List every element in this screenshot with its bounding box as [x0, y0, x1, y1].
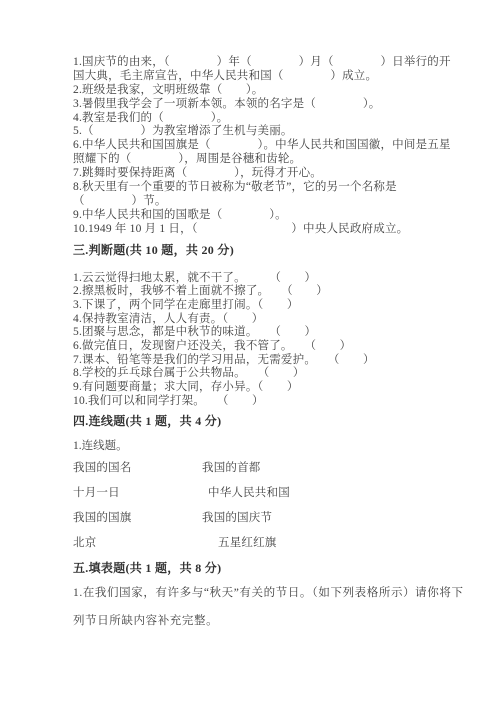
matching-left-item: 北京 — [73, 536, 202, 550]
judge-item: 4.保持教室清洁，人人有责。（ ） — [73, 313, 445, 327]
fill-question-line: 2.班级是我家，文明班级靠（ ）。 — [73, 84, 445, 98]
judge-item: 5.团聚与思念，都是中秋节的味道。 （ ） — [73, 326, 445, 340]
fill-table-section: 1.在我们国家，有许多与“秋天”有关的节日。（如下列表格所示）请你将下 列节日所… — [73, 586, 445, 628]
fill-question-line: 8.秋天里有一个重要的节日被称为“敬老节”，它的另一个名称是 — [73, 181, 445, 195]
fill-question-line: 6.中华人民共和国国旗是（ ）。中华人民共和国国徽，中间是五星 — [73, 139, 445, 153]
matching-left-item: 十月一日 — [73, 486, 202, 500]
judge-item: 10.我们可以和同学打架。 （ ） — [73, 395, 445, 409]
matching-section: 我国的国名 我国的首都 十月一日 中华人民共和国 我国的国旗 我国的国庆节 北京… — [73, 461, 445, 550]
judge-item: 2.擦黑板时，我够不着上面就不擦了。 （ ） — [73, 285, 445, 299]
fill-question-line: 3.暑假里我学会了一项新本领。本领的名字是（ ）。 — [73, 98, 445, 112]
judge-item: 6.做完值日，发现窗户还没关，我不管了。 （ ） — [73, 340, 445, 354]
fill-question-line: 5.（ ）为教室增添了生机与美丽。 — [73, 125, 445, 139]
matching-row: 我国的国名 我国的首都 — [73, 461, 445, 475]
fill-table-paragraph-line: 列节日所缺内容补充完整。 — [73, 614, 445, 628]
fill-table-paragraph-line: 1.在我们国家，有许多与“秋天”有关的节日。（如下列表格所示）请你将下 — [73, 586, 445, 600]
matching-right-item: 我国的国庆节 — [202, 511, 445, 525]
section-title-matching: 四.连线题(共 1 题，共 4 分) — [73, 414, 445, 428]
matching-right-item: 五星红红旗 — [202, 536, 445, 550]
matching-right-item: 中华人民共和国 — [202, 486, 445, 500]
judge-item: 3.下课了，两个同学在走廊里打闹。（ ） — [73, 299, 445, 313]
matching-row: 北京 五星红红旗 — [73, 536, 445, 550]
fill-question-line: 国大典，毛主席宣告，中华人民共和国（ ）成立。 — [73, 70, 445, 84]
judge-item: 7.课本、铅笔等是我们的学习用品，无需爱护。 （ ） — [73, 354, 445, 368]
fill-question-line: （ ）节。 — [73, 195, 445, 209]
matching-row: 我国的国旗 我国的国庆节 — [73, 511, 445, 525]
section-title-fill-table: 五.填表题(共 1 题，共 8 分) — [73, 561, 445, 575]
matching-subtitle: 1.连线题。 — [73, 439, 445, 453]
matching-row: 十月一日 中华人民共和国 — [73, 486, 445, 500]
matching-left-item: 我国的国名 — [73, 461, 202, 475]
section-title-judge: 三.判断题(共 10 题，共 20 分) — [73, 243, 445, 257]
judge-item: 1.云云觉得扫地太累，就不干了。 （ ） — [73, 272, 445, 286]
fill-question-line: 7.跳舞时要保持距离（ ），玩得才开心。 — [73, 167, 445, 181]
judge-item: 9.有问题要商量；求大同，存小异。（ ） — [73, 381, 445, 395]
judge-item: 8.学校的乒乓球台属于公共物品。 （ ） — [73, 367, 445, 381]
fill-question-line: 10.1949 年 10 月 1 日，（ ）中央人民政府成立。 — [73, 223, 445, 237]
fill-question-line: 照耀下的（ ），周围是谷穗和齿轮。 — [73, 153, 445, 167]
exam-content: 1.国庆节的由来，（ ）年（ ）月（ ）日举行的开 国大典，毛主席宣告，中华人民… — [73, 56, 445, 628]
fill-question-line: 4.教室是我们的（ ）。 — [73, 112, 445, 126]
exam-paper-page: 1.国庆节的由来，（ ）年（ ）月（ ）日举行的开 国大典，毛主席宣告，中华人民… — [0, 0, 500, 707]
fill-question-line: 9.中华人民共和国的国歌是（ ）。 — [73, 209, 445, 223]
matching-left-item: 我国的国旗 — [73, 511, 202, 525]
matching-right-item: 我国的首都 — [202, 461, 445, 475]
fill-question-line: 1.国庆节的由来，（ ）年（ ）月（ ）日举行的开 — [73, 56, 445, 70]
judge-section: 1.云云觉得扫地太累，就不干了。 （ ） 2.擦黑板时，我够不着上面就不擦了。 … — [73, 272, 445, 409]
fill-blank-section: 1.国庆节的由来，（ ）年（ ）月（ ）日举行的开 国大典，毛主席宣告，中华人民… — [73, 56, 445, 237]
